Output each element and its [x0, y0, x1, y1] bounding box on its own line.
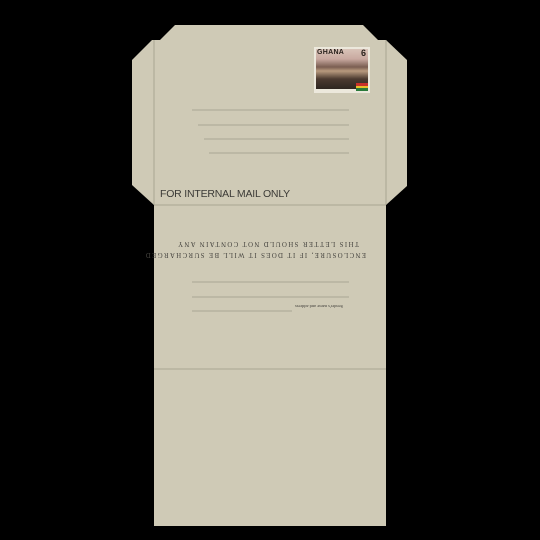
sender-label: Sender's name and address	[295, 304, 343, 309]
warning-line-1: THIS LETTER SHOULD NOT CONTAIN ANY	[184, 240, 359, 247]
internal-mail-notice: FOR INTERNAL MAIL ONLY	[160, 188, 290, 200]
postage-stamp: GHANA 6	[314, 47, 370, 93]
warning-line-2: ENCLOSURE, IF IT DOES IT WILL BE SURCHAR…	[176, 251, 366, 258]
ghana-flag-icon	[356, 83, 368, 91]
top-flap	[160, 25, 378, 40]
aerogramme-sheet	[0, 0, 540, 540]
stamp-country: GHANA	[317, 49, 344, 56]
bottom-panel	[154, 327, 386, 526]
stamp-value: 6	[361, 48, 366, 58]
inner-panel	[154, 205, 386, 327]
